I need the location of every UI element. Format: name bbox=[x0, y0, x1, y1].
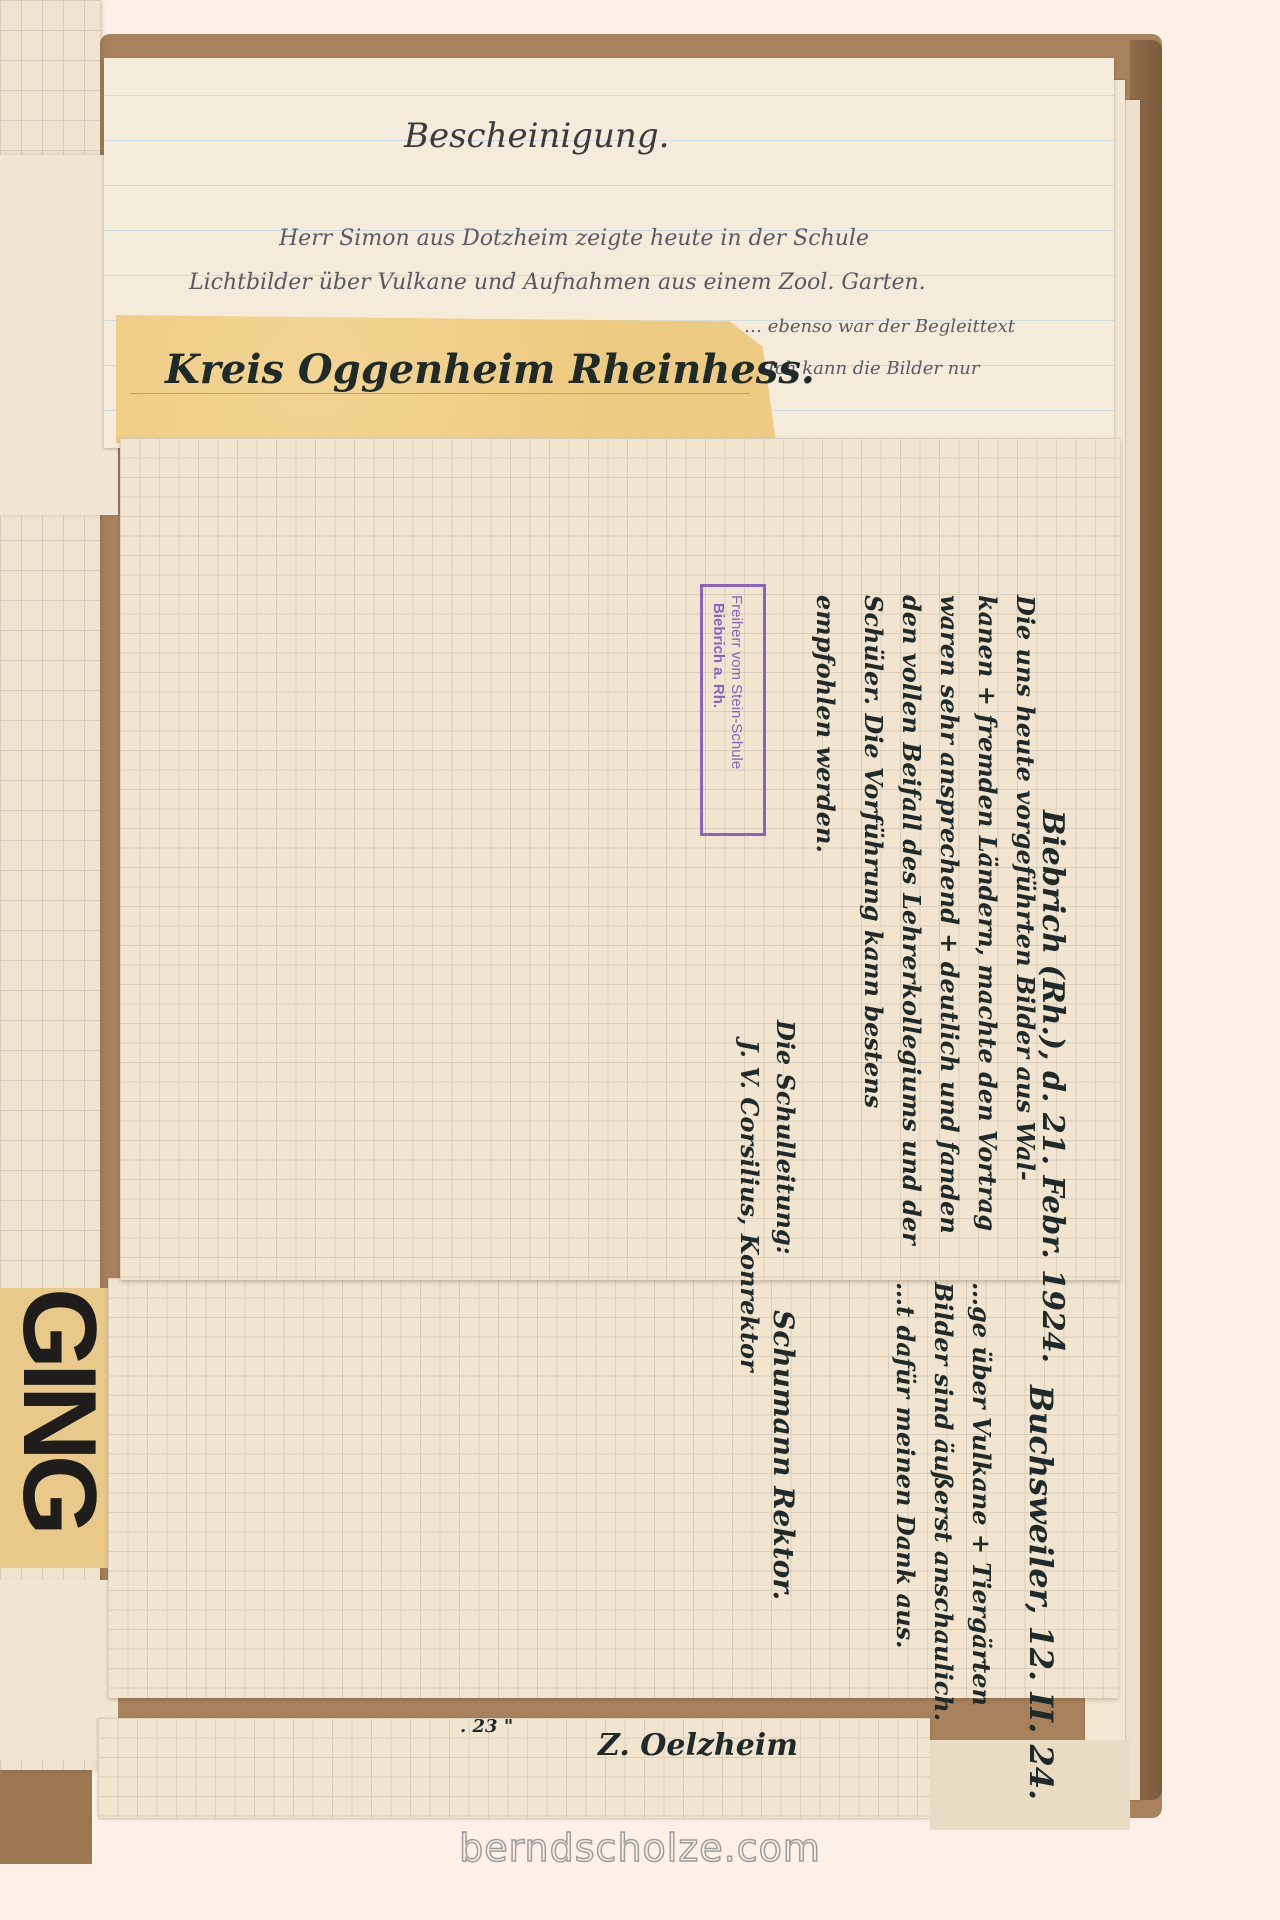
letter-2-signature: Schumann Rektor. bbox=[767, 1310, 800, 1600]
school-stamp: Freiherr vom Stein-Schule Biebrich a. Rh… bbox=[700, 584, 766, 836]
stamp-line-2: Biebrich a. Rh. bbox=[710, 603, 727, 708]
letter-2-line: …t dafür meinen Dank aus. bbox=[891, 1282, 920, 1649]
letter-1-line: kanen + fremden Ländern, machte den Vort… bbox=[973, 595, 1002, 1231]
bottom-fragment-1: . 23 " bbox=[460, 1716, 513, 1737]
letter-2-line: …ge über Vulkane + Tiergärten bbox=[967, 1282, 996, 1706]
stamp-line-1: Freiherr vom Stein-Schule bbox=[728, 595, 745, 769]
certificate-line: Herr Simon aus Dotzheim zeigte heute in … bbox=[279, 226, 869, 251]
bottom-sheet: . 23 " Z. Oelzheim bbox=[98, 1718, 930, 1818]
certificate-line: Lichtbilder über Vulkane und Aufnahmen a… bbox=[189, 270, 926, 295]
letter-1-line: waren sehr ansprechend + deutlich und fa… bbox=[935, 595, 964, 1234]
left-label-text: GING bbox=[0, 1288, 118, 1530]
letter-1-line: empfohlen werden. bbox=[811, 595, 840, 853]
letter-1-line: den vollen Beifall des Lehrerkollegiums … bbox=[897, 595, 926, 1245]
label-rule bbox=[130, 393, 750, 394]
letter-1-line: Die uns heute vorgeführten Bilder aus Wa… bbox=[1011, 595, 1040, 1181]
left-page-fold bbox=[0, 155, 118, 515]
watermark: berndscholze.com bbox=[0, 1826, 1280, 1870]
certificate-line: … ebenso war der Begleittext bbox=[744, 316, 1015, 337]
letter-2-line: Bilder sind äußerst anschaulich. bbox=[929, 1282, 958, 1721]
letter-1-sheet bbox=[120, 438, 1120, 1280]
certificate-title: Bescheinigung. bbox=[404, 116, 669, 156]
letter-1-place-date: Biebrich (Rh.), d. 21. Febr. 1924. bbox=[1035, 810, 1070, 1363]
letter-1-signature: J. V. Corsilius, Konrektor bbox=[735, 1040, 764, 1372]
letter-2-place-date: Buchsweiler, 12. II. 24. bbox=[1022, 1385, 1060, 1800]
bottom-fragment-2: Z. Oelzheim bbox=[598, 1728, 798, 1763]
letter-1-closing: Die Schulleitung: bbox=[771, 1020, 800, 1255]
letter-1-line: Schüler. Die Vorführung kann bestens bbox=[859, 595, 888, 1108]
label-text: Kreis Oggenheim Rheinhess. bbox=[165, 346, 815, 393]
